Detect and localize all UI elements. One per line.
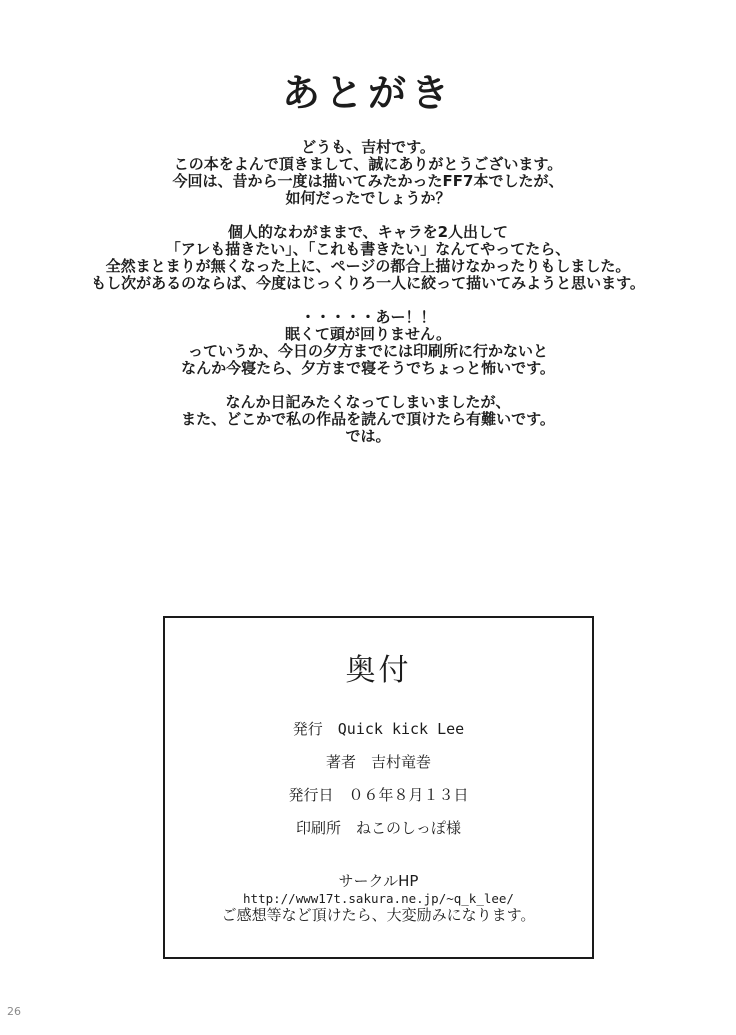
page-number: 26 <box>7 1005 21 1018</box>
page-title: あとがき <box>0 62 736 117</box>
text-line: この本をよんで頂きまして、誠にありがとうございます。 <box>0 156 736 173</box>
afterword-paragraph-2: 個人的なわがままで、キャラを2人出して 「アレも描きたい」、「これも書きたい」な… <box>0 224 736 292</box>
colophon-title: 奥付 <box>165 645 592 689</box>
text-line: 個人的なわがままで、キャラを2人出して <box>0 224 736 241</box>
text-line: なんか今寝たら、夕方まで寝そうでちょっと怖いです。 <box>0 360 736 377</box>
text-line: 全然まとまりが無くなった上に、ページの都合上描けなかったりもしました。 <box>0 258 736 275</box>
text-line: なんか日記みたくなってしまいましたが、 <box>0 394 736 411</box>
text-line: また、どこかで私の作品を読んで頂けたら有難いです。 <box>0 411 736 428</box>
feedback-note: ご感想等など頂けたら、大変励みになります。 <box>165 907 592 924</box>
text-line: 今回は、昔から一度は描いてみたかったFF7本でしたが、 <box>0 173 736 190</box>
afterword-paragraph-4: なんか日記みたくなってしまいましたが、 また、どこかで私の作品を読んで頂けたら有… <box>0 394 736 445</box>
text-line: では。 <box>0 428 736 445</box>
text-line: 眠くて頭が回りません。 <box>0 326 736 343</box>
colophon-label: 著者 <box>326 754 356 771</box>
colophon-entries: 発行 Quick kick Lee 著者 吉村竜巻 発行日 ０６年８月１３日 印… <box>165 721 592 837</box>
colophon-label: 印刷所 <box>296 820 341 837</box>
text-line: 「アレも描きたい」、「これも書きたい」なんてやってたら、 <box>0 241 736 258</box>
colophon-label: 発行 <box>293 721 323 738</box>
colophon-value: ねこのしっぽ様 <box>356 820 461 837</box>
colophon-footer: サークルHP http://www17t.sakura.ne.jp/~q_k_l… <box>165 873 592 924</box>
colophon-label: 発行日 <box>288 787 333 804</box>
afterword-paragraph-3: ・・・・・あー！！ 眠くて頭が回りません。 っていうか、今日の夕方までには印刷所… <box>0 309 736 377</box>
colophon-entry-publisher: 発行 Quick kick Lee <box>165 721 592 738</box>
colophon-value: ０６年８月１３日 <box>349 787 469 804</box>
text-line: っていうか、今日の夕方までには印刷所に行かないと <box>0 343 736 360</box>
text-line: どうも、吉村です。 <box>0 139 736 156</box>
colophon-value: 吉村竜巻 <box>371 754 431 771</box>
circle-hp-url: http://www17t.sakura.ne.jp/~q_k_lee/ <box>165 890 592 907</box>
colophon-value: Quick kick Lee <box>338 721 464 738</box>
colophon-entry-printer: 印刷所 ねこのしっぽ様 <box>165 820 592 837</box>
text-line: 如何だったでしょうか？ <box>0 190 736 207</box>
colophon-entry-publish-date: 発行日 ０６年８月１３日 <box>165 787 592 804</box>
colophon-entry-author: 著者 吉村竜巻 <box>165 754 592 771</box>
colophon-box: 奥付 発行 Quick kick Lee 著者 吉村竜巻 発行日 ０６年８月１３… <box>163 616 594 959</box>
afterword-body: どうも、吉村です。 この本をよんで頂きまして、誠にありがとうございます。 今回は… <box>0 139 736 462</box>
afterword-paragraph-1: どうも、吉村です。 この本をよんで頂きまして、誠にありがとうございます。 今回は… <box>0 139 736 207</box>
text-line: もし次があるのならば、今度はじっくりろ一人に絞って描いてみようと思います。 <box>0 275 736 292</box>
text-line: ・・・・・あー！！ <box>0 309 736 326</box>
circle-hp-label: サークルHP <box>165 873 592 890</box>
